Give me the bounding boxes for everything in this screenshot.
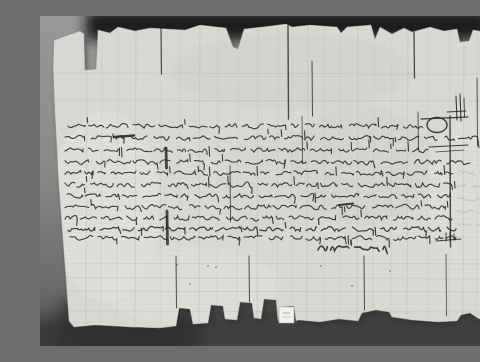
papyrus-photograph bbox=[40, 16, 480, 346]
inventory-label bbox=[279, 307, 294, 323]
papyrus-photo-canvas bbox=[40, 16, 480, 346]
